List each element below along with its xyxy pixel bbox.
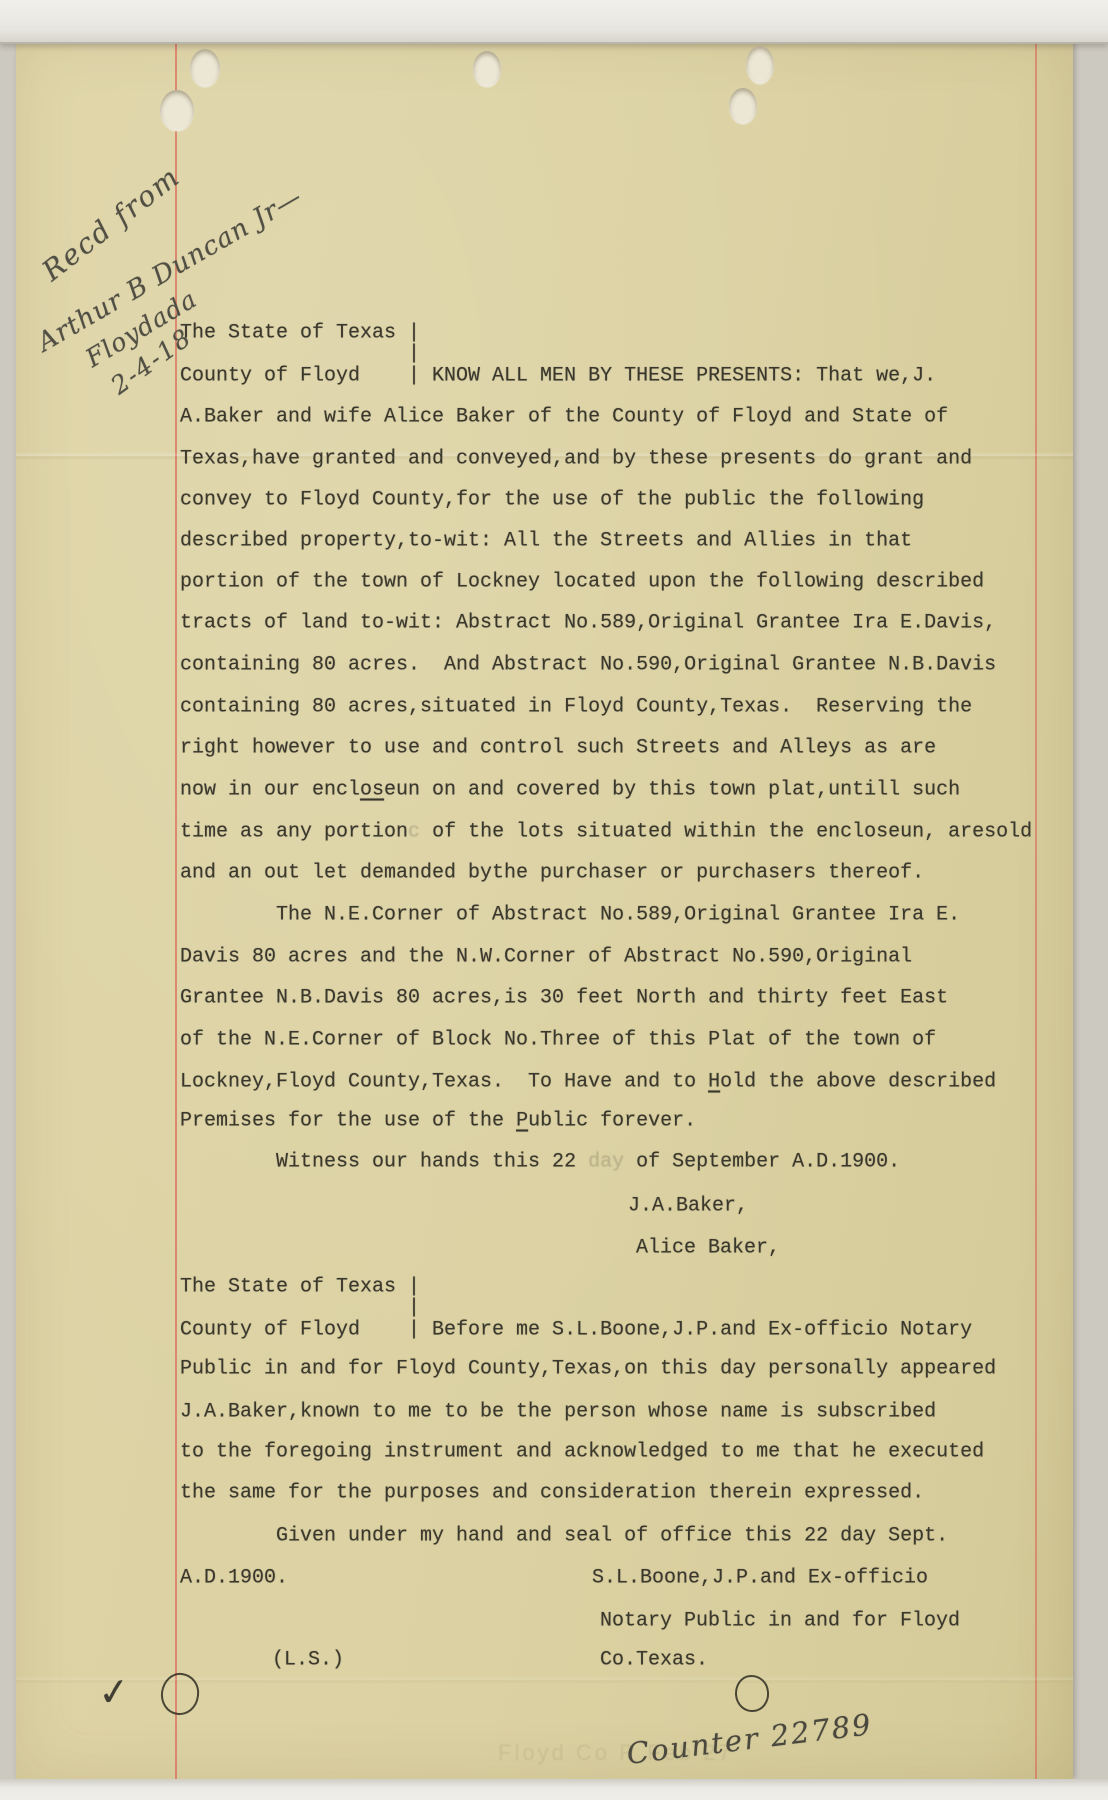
hole-punch <box>729 88 757 124</box>
typed-line: time as any portionc of the lots situate… <box>180 821 1032 844</box>
typed-line: The State of Texas | <box>180 322 420 345</box>
ghost-stamp-impression: Floyd Co R Feb 27 <box>498 1740 734 1766</box>
hole-punch <box>473 51 501 87</box>
hole-punch <box>190 49 220 87</box>
typed-line: portion of the town of Lockney located u… <box>180 571 984 594</box>
typed-line: Given under my hand and seal of office t… <box>180 1525 948 1548</box>
typed-line: tracts of land to-wit: Abstract No.589,O… <box>180 612 996 635</box>
typed-line: right however to use and control such St… <box>180 737 936 760</box>
typed-line: The State of Texas | <box>180 1276 420 1299</box>
scanner-band-top <box>0 0 1108 44</box>
typed-line: J.A.Baker,known to me to be the person w… <box>180 1401 936 1424</box>
typed-line: Alice Baker, <box>636 1237 780 1260</box>
scanner-band-bottom <box>0 1779 1108 1800</box>
typed-line: described property,to-wit: All the Stree… <box>180 530 912 553</box>
typed-line: J.A.Baker, <box>628 1195 748 1218</box>
typed-line: Grantee N.B.Davis 80 acres,is 30 feet No… <box>180 987 948 1010</box>
typed-line: County of Floyd | Before me S.L.Boone,J.… <box>180 1319 972 1342</box>
typed-line: convey to Floyd County,for the use of th… <box>180 489 924 512</box>
typed-line: Co.Texas. <box>600 1649 708 1672</box>
typed-line: Notary Public in and for Floyd <box>600 1610 960 1633</box>
typed-line: Lockney,Floyd County,Texas. To Have and … <box>180 1071 996 1094</box>
typed-line: The N.E.Corner of Abstract No.589,Origin… <box>180 904 960 927</box>
typed-line: Premises for the use of the Public forev… <box>180 1110 696 1133</box>
hole-punch <box>746 46 774 84</box>
typed-line: the same for the purposes and considerat… <box>180 1482 924 1505</box>
handwritten-checkmark: ✓ <box>96 1668 132 1715</box>
typed-line: Davis 80 acres and the N.W.Corner of Abs… <box>180 946 912 969</box>
typed-line: containing 80 acres,situated in Floyd Co… <box>180 696 972 719</box>
typed-line: and an out let demanded bythe purchaser … <box>180 862 924 885</box>
typed-line: of the N.E.Corner of Block No.Three of t… <box>180 1029 936 1052</box>
typed-line: containing 80 acres. And Abstract No.590… <box>180 654 996 677</box>
typed-line: now in our encloseun on and covered by t… <box>180 779 960 802</box>
typed-line: (L.S.) <box>272 1649 344 1672</box>
typed-line: Texas,have granted and conveyed,and by t… <box>180 448 972 471</box>
typed-line: | <box>408 343 420 366</box>
typed-line: S.L.Boone,J.P.and Ex-officio <box>592 1567 928 1590</box>
typed-line: | <box>408 1297 420 1320</box>
hole-punch <box>160 90 194 131</box>
typed-line: A.D.1900. <box>180 1567 288 1590</box>
typed-line: A.Baker and wife Alice Baker of the Coun… <box>180 406 948 429</box>
typed-line: Witness our hands this 22 day of Septemb… <box>180 1151 900 1174</box>
typed-line: Public in and for Floyd County,Texas,on … <box>180 1358 996 1381</box>
typed-line: County of Floyd | KNOW ALL MEN BY THESE … <box>180 365 936 388</box>
red-margin-line-right <box>1035 36 1037 1779</box>
scanned-document-page: { "document": { "kind": "Typewritten dee… <box>0 0 1108 1800</box>
typed-line: to the foregoing instrument and acknowle… <box>180 1441 984 1464</box>
